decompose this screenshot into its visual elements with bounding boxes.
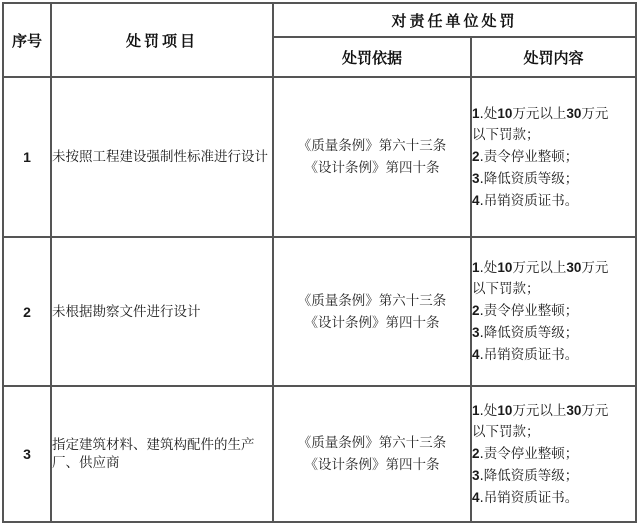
row-number: 3 (3, 386, 51, 522)
basis-line: 《质量条例》第六十三条 (274, 290, 470, 312)
penalty-basis: 《质量条例》第六十三条 《设计条例》第四十条 (273, 386, 471, 522)
content-line: 以下罚款； (472, 422, 635, 443)
penalty-item: 未按照工程建设强制性标准进行设计 (51, 77, 273, 237)
table-row: 1 未按照工程建设强制性标准进行设计 《质量条例》第六十三条 《设计条例》第四十… (3, 77, 636, 237)
row-number: 2 (3, 237, 51, 386)
basis-line: 《设计条例》第四十条 (274, 312, 470, 334)
basis-line: 《质量条例》第六十三条 (274, 432, 470, 454)
content-line: 1.处10万元以上30万元 (472, 103, 635, 125)
row-number: 1 (3, 77, 51, 237)
content-line: 2.责令停业整顿； (472, 146, 635, 168)
penalty-item: 指定建筑材料、建筑构配件的生产厂、供应商 (51, 386, 273, 522)
table-row: 3 指定建筑材料、建筑构配件的生产厂、供应商 《质量条例》第六十三条 《设计条例… (3, 386, 636, 522)
penalty-content: 1.处10万元以上30万元 以下罚款； 2.责令停业整顿； 3.降低资质等级； … (471, 237, 636, 386)
penalty-item: 未根据勘察文件进行设计 (51, 237, 273, 386)
basis-line: 《质量条例》第六十三条 (274, 135, 470, 157)
content-line: 3.降低资质等级； (472, 168, 635, 190)
header-basis: 处罚依据 (273, 37, 471, 77)
content-line: 4.吊销资质证书。 (472, 190, 635, 212)
basis-line: 《设计条例》第四十条 (274, 157, 470, 179)
penalty-basis: 《质量条例》第六十三条 《设计条例》第四十条 (273, 237, 471, 386)
content-line: 3.降低资质等级； (472, 465, 635, 487)
content-line: 4.吊销资质证书。 (472, 487, 635, 509)
content-line: 2.责令停业整顿； (472, 300, 635, 322)
content-line: 1.处10万元以上30万元 (472, 257, 635, 279)
content-line: 1.处10万元以上30万元 (472, 400, 635, 422)
header-content: 处罚内容 (471, 37, 636, 77)
header-row-1: 序号 处罚项目 对责任单位处罚 (3, 3, 636, 37)
penalty-content: 1.处10万元以上30万元 以下罚款； 2.责令停业整顿； 3.降低资质等级； … (471, 77, 636, 237)
header-group: 对责任单位处罚 (273, 3, 636, 37)
header-no: 序号 (3, 3, 51, 77)
penalty-table: 序号 处罚项目 对责任单位处罚 处罚依据 处罚内容 1 未按照工程建设强制性标准… (2, 2, 637, 523)
content-line: 2.责令停业整顿； (472, 443, 635, 465)
content-line: 以下罚款； (472, 125, 635, 146)
content-line: 3.降低资质等级； (472, 322, 635, 344)
penalty-basis: 《质量条例》第六十三条 《设计条例》第四十条 (273, 77, 471, 237)
table-row: 2 未根据勘察文件进行设计 《质量条例》第六十三条 《设计条例》第四十条 1.处… (3, 237, 636, 386)
basis-line: 《设计条例》第四十条 (274, 454, 470, 476)
content-line: 4.吊销资质证书。 (472, 344, 635, 366)
header-item: 处罚项目 (51, 3, 273, 77)
penalty-content: 1.处10万元以上30万元 以下罚款； 2.责令停业整顿； 3.降低资质等级； … (471, 386, 636, 522)
content-line: 以下罚款； (472, 279, 635, 300)
